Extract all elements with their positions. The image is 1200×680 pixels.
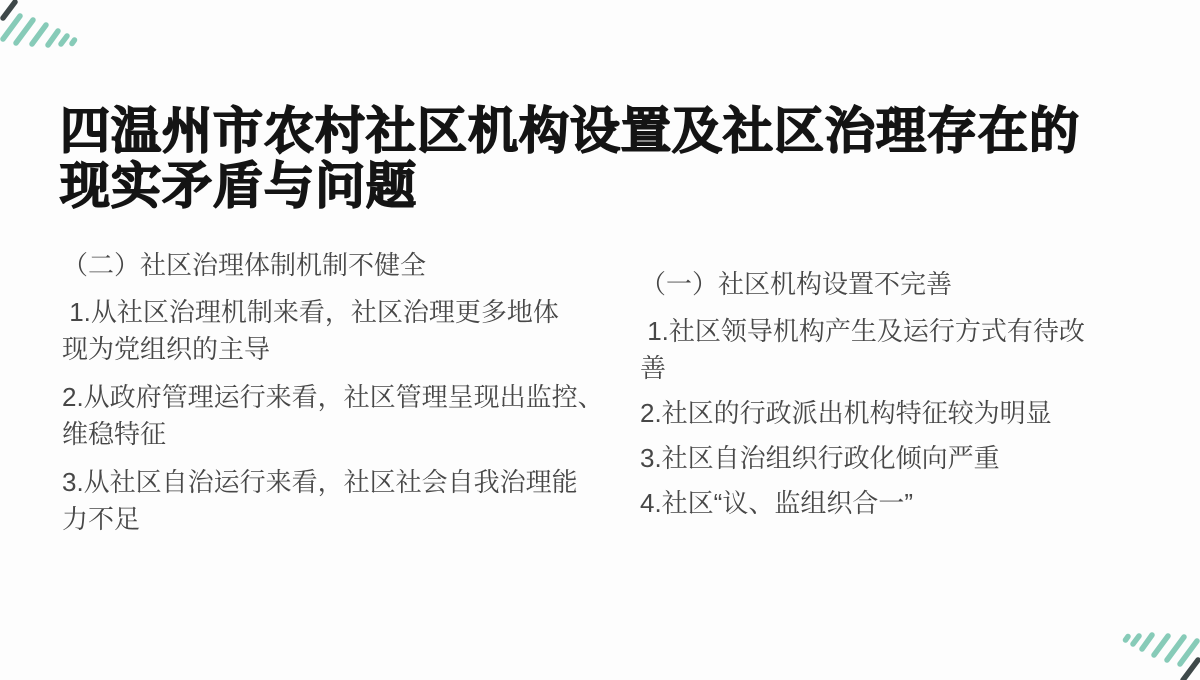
stripe: [1180, 641, 1197, 664]
left-column-heading: （二）社区治理体制机制不健全: [62, 247, 622, 284]
stripe: [1183, 660, 1198, 680]
stripe: [1154, 636, 1168, 655]
list-item: 1.社区领导机构产生及运行方式有待改 善: [640, 313, 1160, 387]
corner-stripes-top-left: [0, 0, 90, 50]
stripe: [1126, 637, 1129, 641]
list-item: 2.社区的行政派出机构特征较为明显: [640, 395, 1160, 432]
page-title: 四温州市农村社区机构设置及社区治理存在的 现实矛盾与问题: [60, 104, 1160, 214]
slide: 四温州市农村社区机构设置及社区治理存在的 现实矛盾与问题 （二）社区治理体制机制…: [0, 0, 1200, 680]
stripe: [48, 31, 58, 45]
left-column: （二）社区治理体制机制不健全 1.从社区治理机制来看，社区治理更多地体 现为党组…: [62, 247, 622, 549]
list-item: 3.社区自治组织行政化倾向严重: [640, 440, 1160, 477]
list-item: 2.从政府管理运行来看，社区管理呈现出监控、 维稳特征: [62, 379, 622, 453]
list-item: 1.从社区治理机制来看，社区治理更多地体 现为党组织的主导: [62, 294, 622, 368]
list-item: 4.社区“议、监组织合一”: [640, 485, 1160, 522]
stripe: [3, 16, 20, 39]
stripe: [32, 25, 46, 44]
stripe: [16, 20, 33, 43]
list-item: 3.从社区自治运行来看，社区社会自我治理能 力不足: [62, 464, 622, 538]
stripe: [1167, 637, 1184, 660]
stripe: [1133, 636, 1139, 644]
stripe: [61, 36, 67, 44]
right-column: （一）社区机构设置不完善 1.社区领导机构产生及运行方式有待改 善 2.社区的行…: [640, 266, 1160, 530]
stripe: [72, 40, 75, 44]
stripe: [3, 2, 15, 18]
right-column-heading: （一）社区机构设置不完善: [640, 266, 1160, 303]
stripe: [1142, 635, 1152, 649]
corner-stripes-bottom-right: [1110, 625, 1200, 680]
